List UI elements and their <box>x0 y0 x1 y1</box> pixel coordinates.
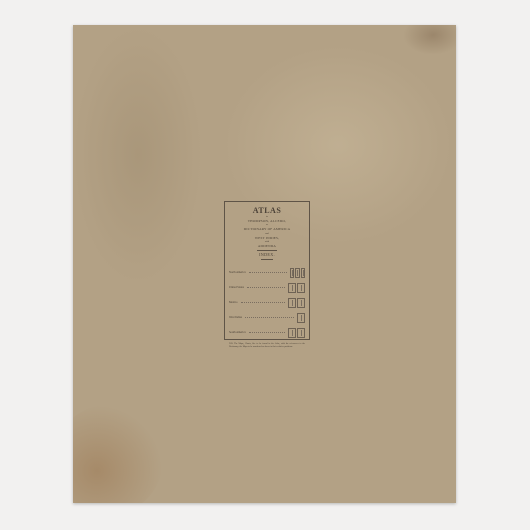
region-row: Mexico <box>229 296 305 309</box>
subtitle-line: ADDENDA <box>229 245 305 248</box>
footnote: N.B. The Maps, Charts, &c. to be found i… <box>229 343 305 348</box>
plate-grid <box>288 298 305 308</box>
paper-stain <box>403 25 456 55</box>
plate-grid <box>288 328 305 338</box>
title-box: ATLAS to THOMPSON, ALCEDO, or DICTIONARY… <box>224 201 310 340</box>
leader-dots <box>249 332 285 333</box>
leader-dots <box>245 317 294 318</box>
region-row: North America <box>229 266 305 279</box>
divider <box>257 250 277 251</box>
leader-dots <box>247 287 285 288</box>
canvas: ATLAS to THOMPSON, ALCEDO, or DICTIONARY… <box>0 0 530 530</box>
plate-grid <box>290 268 306 278</box>
plate-cell <box>295 268 300 278</box>
region-row: United States <box>229 281 305 294</box>
region-label: West Indies <box>229 316 242 319</box>
plate-cell <box>297 328 305 338</box>
region-index-list: North America United States <box>229 266 305 339</box>
region-row: South America <box>229 326 305 339</box>
leader-dots <box>249 272 287 273</box>
plate-cell <box>301 268 306 278</box>
region-label: Mexico <box>229 301 238 304</box>
plate-cell <box>297 283 305 293</box>
divider <box>261 259 273 260</box>
leader-dots <box>241 302 285 303</box>
plate-cell <box>297 313 305 323</box>
region-row: West Indies <box>229 311 305 324</box>
atlas-title: ATLAS <box>229 207 305 215</box>
plate-cell <box>288 328 296 338</box>
plate-cell <box>288 298 296 308</box>
atlas-poster: ATLAS to THOMPSON, ALCEDO, or DICTIONARY… <box>73 25 456 503</box>
plate-grid <box>297 313 305 323</box>
index-heading: INDEX. <box>229 253 305 257</box>
connector-text: and <box>229 233 305 235</box>
paper-stain <box>73 405 163 503</box>
plate-cell <box>297 298 305 308</box>
region-label: United States <box>229 286 244 289</box>
region-label: South America <box>229 331 246 334</box>
plate-grid <box>288 283 305 293</box>
plate-cell <box>288 283 296 293</box>
paper-stain <box>73 25 203 285</box>
region-label: North America <box>229 271 246 274</box>
connector-text: with <box>229 241 305 243</box>
plate-cell <box>290 268 295 278</box>
